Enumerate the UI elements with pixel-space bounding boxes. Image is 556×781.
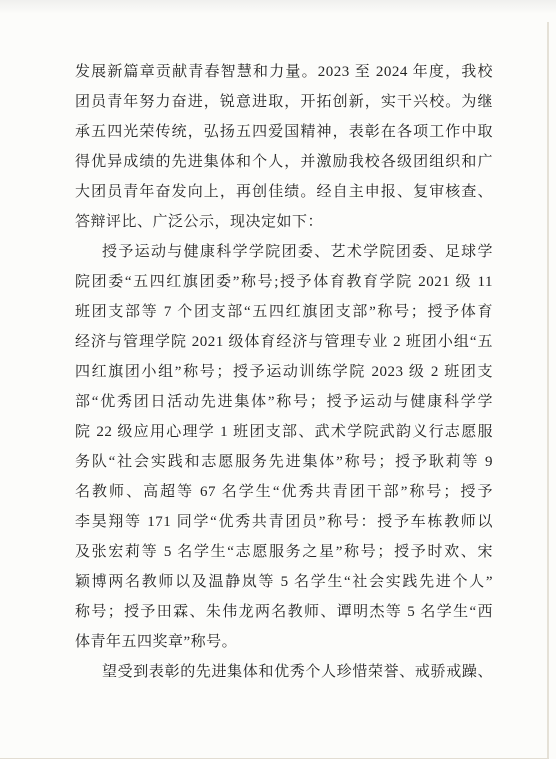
scan-background-below-page — [0, 759, 556, 781]
text-line: 颖博两名教师以及温静岚等 5 名学生“社会实践先进个人” — [75, 567, 493, 597]
text-line: 授予运动与健康科学学院团委、艺术学院团委、足球学 — [75, 237, 493, 267]
text-line: 经济与管理学院 2021 级体育经济与管理专业 2 班团小组“五 — [75, 327, 493, 357]
scan-top-shade — [0, 0, 556, 14]
text-line: 体青年五四奖章”称号。 — [75, 627, 493, 657]
text-line: 李昊翔等 171 同学“优秀共青团员”称号：授予车栋教师以 — [75, 507, 493, 537]
text-line: 院 22 级应用心理学 1 班团支部、武术学院武韵义行志愿服 — [75, 417, 493, 447]
scanned-document-page: 发展新篇章贡献青春智慧和力量。2023 至 2024 年度，我校团员青年努力奋进… — [0, 0, 556, 781]
text-line: 及张宏莉等 5 名学生“志愿服务之星”称号；授予时欢、宋 — [75, 537, 493, 567]
text-line: 部“优秀团日活动先进集体”称号；授予运动与健康科学学 — [75, 387, 493, 417]
text-line: 名教师、高超等 67 名学生“优秀共青团干部”称号；授予 — [75, 477, 493, 507]
text-line: 望受到表彰的先进集体和优秀个人珍惜荣誉、戒骄戒躁、 — [75, 657, 493, 687]
text-line: 班团支部等 7 个团支部“五四红旗团支部”称号；授予体育 — [75, 297, 493, 327]
text-line: 答辩评比、广泛公示，现决定如下： — [75, 207, 493, 237]
page-edge-line-right — [547, 22, 549, 759]
text-line: 四红旗团小组”称号；授予运动训练学院 2023 级 2 班团支 — [75, 357, 493, 387]
text-line: 称号；授予田霖、朱伟龙两名教师、谭明杰等 5 名学生“西 — [75, 597, 493, 627]
text-line: 承五四光荣传统，弘扬五四爱国精神，表彰在各项工作中取 — [75, 117, 493, 147]
text-line: 得优异成绩的先进集体和个人，并激励我校各级团组织和广 — [75, 147, 493, 177]
text-line: 发展新篇章贡献青春智慧和力量。2023 至 2024 年度，我校 — [75, 57, 493, 87]
text-line: 团员青年努力奋进，锐意进取，开拓创新，实干兴校。为继 — [75, 87, 493, 117]
text-line: 大团员青年奋发向上，再创佳绩。经自主申报、复审核查、 — [75, 177, 493, 207]
document-body: 发展新篇章贡献青春智慧和力量。2023 至 2024 年度，我校团员青年努力奋进… — [75, 57, 493, 687]
text-line: 务队“社会实践和志愿服务先进集体”称号；授予耿莉等 9 — [75, 447, 493, 477]
text-line: 院团委“五四红旗团委”称号;授予体育教育学院 2021 级 11 — [75, 267, 493, 297]
